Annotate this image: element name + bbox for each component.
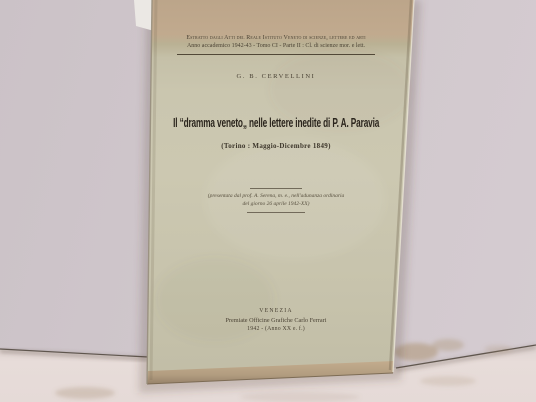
pamphlet-title: Il “dramma veneto„ nelle lettere inedite… [173,116,379,130]
photo-of-pamphlet: Estratto dagli Atti del Reale Istituto V… [0,0,536,402]
imprint-city: VENEZIA [152,308,400,314]
pamphlet-subtitle: (Torino : Maggio-Dicembre 1849) [152,142,400,150]
presentation-note-line-2: del giorno 26 aprile 1942-XX) [152,201,400,208]
note-rule-top [250,188,302,189]
header-rule [177,54,375,55]
note-rule-bottom [247,212,305,213]
author-name: G. B. CERVELLINI [152,73,400,80]
series-header-line-1: Estratto dagli Atti del Reale Istituto V… [152,35,400,43]
presentation-note-line-1: (presentata dal prof. A. Serena, m. e., … [152,193,400,200]
imprint-printer: Premiate Officine Grafiche Carlo Ferrari [152,317,400,324]
cover-text-block: Estratto dagli Atti del Reale Istituto V… [152,0,400,390]
title-row: Il “dramma veneto„ nelle lettere inedite… [152,116,400,130]
series-header-line-2: Anno accademico 1942-43 - Tomo CI - Part… [152,43,400,51]
imprint-year: 1942 - (Anno XX e. f.) [152,326,400,332]
